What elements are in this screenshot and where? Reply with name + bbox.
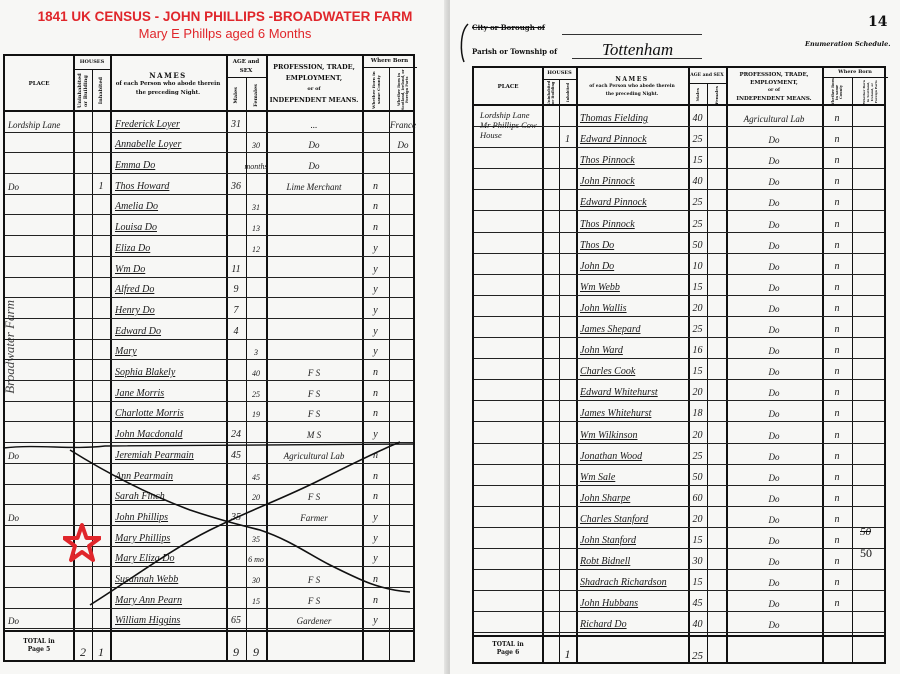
table-row: John Ward16Don	[474, 338, 884, 359]
header-same-county: Whether Born in same County	[362, 68, 389, 112]
table-row: Sophia Blakely40F Sn	[5, 360, 413, 381]
cell-female	[246, 174, 266, 194]
cell-female	[707, 528, 726, 548]
cell-female: 19	[246, 402, 266, 422]
header-inhabited: Inhabited	[92, 70, 110, 112]
header-age-sex: AGE and SEX	[688, 68, 726, 84]
cell-name: Jane Morris	[115, 381, 225, 401]
cell-profession: Do	[726, 212, 822, 232]
cell-female	[707, 254, 726, 274]
cell-house	[92, 485, 110, 505]
cell-place	[8, 278, 72, 298]
cell-born_county: n	[822, 465, 852, 485]
table-header: PLACE HOUSES Uninhabited or Building Inh…	[5, 56, 413, 112]
cell-born_county: n	[822, 233, 852, 253]
header-houses: HOUSES	[74, 56, 110, 70]
cell-female	[246, 298, 266, 318]
cell-male	[226, 153, 246, 173]
cell-profession: F S	[266, 360, 362, 380]
cell-house	[92, 195, 110, 215]
cell-profession	[266, 216, 362, 236]
cell-name: Charles Stanford	[580, 507, 688, 527]
cell-name: Edward Pinnock	[580, 127, 688, 147]
cell-male: 11	[226, 257, 246, 277]
cell-female	[246, 112, 266, 132]
header-females: Females	[246, 78, 266, 112]
cell-name: James Shepard	[580, 317, 688, 337]
cell-female	[707, 275, 726, 295]
cell-female: 30	[246, 133, 266, 153]
cell-house	[92, 153, 110, 173]
cell-born_foreign	[389, 567, 417, 587]
cell-place	[8, 485, 72, 505]
cell-born_county: n	[362, 195, 389, 215]
cell-female	[707, 190, 726, 210]
cell-female: 20	[246, 485, 266, 505]
cell-female	[246, 257, 266, 277]
cell-female: 12	[246, 236, 266, 256]
cell-house	[559, 338, 576, 358]
cell-born_county: y	[362, 423, 389, 443]
table-row: Amelia Do31n	[5, 195, 413, 216]
cell-profession: F S	[266, 588, 362, 608]
table-row: Louisa Do13n	[5, 216, 413, 237]
cell-male	[226, 402, 246, 422]
table-row: Lordship LaneFrederick Loyer31...France	[5, 112, 413, 133]
cell-male: 10	[688, 254, 707, 274]
cell-born_county: n	[822, 190, 852, 210]
cell-female	[246, 319, 266, 339]
census-table-right: PLACE HOUSES Uninhabited or Building Inh…	[472, 66, 886, 664]
cell-born_county: n	[822, 444, 852, 464]
table-row: Charlotte Morris19F Sn	[5, 402, 413, 423]
cell-born_county: n	[822, 486, 852, 506]
cell-house	[92, 257, 110, 277]
totals-label: TOTAL in Page 6	[474, 641, 542, 657]
cell-house	[559, 570, 576, 590]
table-row: James Whitehurst18Don	[474, 401, 884, 422]
cell-born_foreign	[389, 236, 417, 256]
cell-place	[8, 567, 72, 587]
header-females: Females	[707, 84, 726, 106]
cell-name: Wm Wilkinson	[580, 423, 688, 443]
cell-house	[559, 486, 576, 506]
cell-female: 15	[246, 588, 266, 608]
cell-born_foreign	[389, 216, 417, 236]
cell-name: Annabelle Loyer	[115, 133, 225, 153]
cell-place	[8, 423, 72, 443]
cell-name: Shadrach Richardson	[580, 570, 688, 590]
total-inhabited: 1	[92, 632, 110, 662]
cell-name: John Sharpe	[580, 486, 688, 506]
table-row: DoJeremiah Pearmain45Agricultural Labn	[5, 443, 413, 464]
cell-name: Edward Whitehurst	[580, 380, 688, 400]
cell-male	[226, 381, 246, 401]
cell-male: 25	[688, 212, 707, 232]
cell-female: 25	[246, 381, 266, 401]
cell-name: Frederick Loyer	[115, 112, 225, 132]
cell-profession: Do	[726, 549, 822, 569]
annotation-title: 1841 UK CENSUS - JOHN PHILLIPS -BROADWAT…	[0, 8, 450, 42]
cell-male	[226, 567, 246, 587]
table-row: Wm Webb15Don	[474, 275, 884, 296]
cell-house	[559, 296, 576, 316]
cell-born_county: y	[362, 505, 389, 525]
header-profession: PROFESSION, TRADE, EMPLOYMENT, or of IND…	[726, 68, 822, 106]
cell-male: 40	[688, 169, 707, 189]
totals-row: TOTAL in Page 6 1 25	[474, 635, 884, 664]
cell-female: 13	[246, 216, 266, 236]
header-males: Males	[688, 84, 707, 106]
cell-name: Jeremiah Pearmain	[115, 443, 225, 463]
cell-born_county: n	[822, 380, 852, 400]
cell-male: 25	[688, 190, 707, 210]
cell-born_foreign	[389, 298, 417, 318]
parish-value: Tottenham	[602, 40, 673, 60]
cell-female	[707, 444, 726, 464]
cell-female	[246, 423, 266, 443]
cell-born_county: y	[362, 609, 389, 629]
cell-name: John Do	[580, 254, 688, 274]
cell-house	[92, 360, 110, 380]
cell-male	[226, 360, 246, 380]
totals-row: TOTAL in Page 5 2 1 9 9	[5, 630, 413, 662]
cell-born_foreign	[389, 257, 417, 277]
cell-name: Alfred Do	[115, 278, 225, 298]
cell-place	[8, 195, 72, 215]
cell-female	[707, 465, 726, 485]
cell-born_foreign	[389, 526, 417, 546]
cell-female: months	[246, 153, 266, 173]
cell-born_county: n	[822, 275, 852, 295]
cell-name: Ann Pearmain	[115, 464, 225, 484]
cell-male: 25	[688, 127, 707, 147]
cell-female	[707, 507, 726, 527]
cell-born_county: y	[362, 278, 389, 298]
table-row: John Stanford15Don	[474, 528, 884, 549]
cell-name: Mary Ann Pearn	[115, 588, 225, 608]
cell-name: Jonathan Wood	[580, 444, 688, 464]
cell-name: Robt Bidnell	[580, 549, 688, 569]
cell-born_county: n	[822, 338, 852, 358]
cell-profession: Do	[726, 275, 822, 295]
cell-female	[246, 443, 266, 463]
census-table-left: PLACE HOUSES Uninhabited or Building Inh…	[3, 54, 415, 662]
cell-name: Edward Do	[115, 319, 225, 339]
cell-female	[246, 505, 266, 525]
cell-male: 7	[226, 298, 246, 318]
total-inhabited: 1	[559, 637, 576, 664]
cell-born_foreign	[389, 588, 417, 608]
cell-house	[559, 465, 576, 485]
cell-born_foreign	[389, 153, 417, 173]
table-row: Charles Stanford20Don	[474, 507, 884, 528]
header-place: PLACE	[474, 68, 542, 106]
cell-house	[92, 464, 110, 484]
cell-house	[559, 359, 576, 379]
total-males: 25	[688, 637, 707, 664]
cell-male: 25	[688, 317, 707, 337]
header-foreign-parts: Whether Born in Scotland, Ireland, or Fo…	[389, 68, 417, 112]
cell-female	[246, 278, 266, 298]
cell-place	[8, 133, 72, 153]
table-row: Richard Do40Do	[474, 612, 884, 633]
cell-profession	[266, 236, 362, 256]
cell-house	[92, 278, 110, 298]
cell-born_county: n	[822, 528, 852, 548]
cell-female	[707, 296, 726, 316]
cell-name: Mary Phillips	[115, 526, 225, 546]
cell-male: 24	[226, 423, 246, 443]
cell-house	[559, 380, 576, 400]
cell-born_foreign	[389, 423, 417, 443]
cell-born_county: n	[822, 296, 852, 316]
cell-born_county: n	[822, 148, 852, 168]
cell-born_county: y	[362, 257, 389, 277]
header-names: NAMES of each Person who abode therein t…	[576, 68, 688, 106]
cell-profession: Do	[726, 254, 822, 274]
cell-female	[707, 317, 726, 337]
cell-male: 36	[226, 174, 246, 194]
cell-male	[226, 133, 246, 153]
cell-born_foreign	[389, 174, 417, 194]
cell-born_foreign	[389, 464, 417, 484]
cell-male: 40	[688, 106, 707, 126]
table-row: Shadrach Richardson15Don	[474, 570, 884, 591]
cell-born_county: y	[362, 547, 389, 567]
cell-place	[8, 298, 72, 318]
table-row: Mary Ann Pearn15F Sn	[5, 588, 413, 609]
cell-place	[8, 153, 72, 173]
cell-born_county	[822, 612, 852, 632]
cell-born_county: n	[822, 317, 852, 337]
cell-house	[559, 190, 576, 210]
cell-house	[559, 528, 576, 548]
cell-female	[707, 359, 726, 379]
header-inhabited: Inhabited	[559, 80, 576, 106]
cell-born_county: n	[362, 588, 389, 608]
cell-born_county: n	[362, 464, 389, 484]
cell-profession: Do	[266, 133, 362, 153]
cell-profession: Do	[726, 465, 822, 485]
cell-born_county: n	[822, 423, 852, 443]
cell-name: John Ward	[580, 338, 688, 358]
table-row: Mary3y	[5, 340, 413, 361]
cell-male: 40	[688, 612, 707, 632]
cell-house	[559, 275, 576, 295]
cell-male: 20	[688, 380, 707, 400]
cell-born_county: n	[362, 443, 389, 463]
table-row: 1Edward Pinnock25Don	[474, 127, 884, 148]
cell-profession	[266, 547, 362, 567]
cell-house	[559, 444, 576, 464]
total-houses: 2	[74, 632, 92, 662]
cell-house	[92, 112, 110, 132]
margin-mark-2: 50	[860, 546, 872, 561]
cell-name: John Macdonald	[115, 423, 225, 443]
cell-female	[707, 612, 726, 632]
cell-born_foreign: Do	[389, 133, 417, 153]
cell-place	[8, 257, 72, 277]
cell-house	[559, 317, 576, 337]
cell-profession: Farmer	[266, 505, 362, 525]
cell-male	[226, 464, 246, 484]
cell-male: 15	[688, 148, 707, 168]
cell-male: 18	[688, 401, 707, 421]
cell-born_county: n	[362, 485, 389, 505]
cell-profession	[266, 464, 362, 484]
table-row: Alfred Do9y	[5, 278, 413, 299]
cell-house	[559, 254, 576, 274]
table-row: Eliza Do12y	[5, 236, 413, 257]
table-row: Robt Bidnell30Don	[474, 549, 884, 570]
cell-name: Eliza Do	[115, 236, 225, 256]
cell-profession: Do	[726, 444, 822, 464]
cell-female	[707, 591, 726, 611]
annotation-line-2: Mary E Phillps aged 6 Months	[0, 25, 450, 42]
census-page-left: 1841 UK CENSUS - JOHN PHILLIPS -BROADWAT…	[0, 0, 450, 674]
cell-profession	[266, 526, 362, 546]
cell-profession: Do	[726, 169, 822, 189]
cell-profession: Do	[726, 570, 822, 590]
table-row: John Macdonald24M Sy	[5, 423, 413, 444]
cell-name: Thos Pinnock	[580, 148, 688, 168]
table-row: Annabelle Loyer30DoDo	[5, 133, 413, 154]
cell-female: 30	[246, 567, 266, 587]
cell-born_county: n	[362, 360, 389, 380]
header-same-county: Whether Born in same County	[822, 78, 852, 106]
cell-born_county	[362, 133, 389, 153]
annotation-line-1: 1841 UK CENSUS - JOHN PHILLIPS -BROADWAT…	[0, 8, 450, 25]
cell-name: Mary	[115, 340, 225, 360]
cell-born_county: n	[822, 507, 852, 527]
cell-male: 20	[688, 296, 707, 316]
header-place: PLACE	[5, 56, 73, 112]
cell-place: Do	[8, 443, 72, 463]
cell-profession: Do	[726, 317, 822, 337]
cell-profession: Do	[726, 148, 822, 168]
cell-name: Thos Do	[580, 233, 688, 253]
cell-born_county: n	[362, 216, 389, 236]
cell-male: 45	[688, 591, 707, 611]
totals-label: TOTAL in Page 5	[5, 638, 73, 654]
cell-female	[707, 380, 726, 400]
cell-born_foreign	[389, 402, 417, 422]
cell-place	[8, 340, 72, 360]
cell-house	[92, 133, 110, 153]
cell-profession	[266, 257, 362, 277]
page-number: 14	[868, 14, 887, 30]
cell-place	[8, 360, 72, 380]
cell-male: 25	[688, 444, 707, 464]
table-row: Thos Do50Don	[474, 233, 884, 254]
cell-name: Wm Sale	[580, 465, 688, 485]
parish-label: Parish or Township of	[472, 47, 557, 56]
cell-born_county: n	[822, 570, 852, 590]
cell-male: 20	[688, 507, 707, 527]
cell-profession: Do	[726, 359, 822, 379]
cell-place	[8, 402, 72, 422]
cell-female	[707, 570, 726, 590]
table-row: Henry Do7y	[5, 298, 413, 319]
cell-name: Wm Do	[115, 257, 225, 277]
cell-born_county: n	[822, 549, 852, 569]
cell-born_foreign	[389, 505, 417, 525]
cell-house	[559, 401, 576, 421]
cell-female	[707, 549, 726, 569]
cell-house	[92, 236, 110, 256]
cell-female	[707, 127, 726, 147]
table-row: Ann Pearmain45n	[5, 464, 413, 485]
cell-house: 1	[92, 174, 110, 194]
cell-house	[92, 402, 110, 422]
cell-profession: Agricultural Lab	[726, 106, 822, 126]
header-where-born: Where Born	[362, 56, 417, 68]
cell-name: Edward Pinnock	[580, 190, 688, 210]
cell-female	[707, 106, 726, 126]
table-row: Jonathan Wood25Don	[474, 444, 884, 465]
cell-male: 9	[226, 278, 246, 298]
cell-female: 6 mo	[246, 547, 266, 567]
cell-name: Charlotte Morris	[115, 402, 225, 422]
cell-born_county: n	[822, 212, 852, 232]
cell-born_county	[362, 112, 389, 132]
cell-male: 60	[688, 486, 707, 506]
cell-house	[92, 567, 110, 587]
cell-name: Emma Do	[115, 153, 225, 173]
table-row: Wm Do11y	[5, 257, 413, 278]
cell-house	[92, 216, 110, 236]
header-age-sex: AGE and SEX	[226, 56, 266, 78]
table-row: Emma DomonthsDo	[5, 153, 413, 174]
cell-place: Lordship Lane	[8, 112, 72, 132]
cell-female: 31	[246, 195, 266, 215]
table-row: John Wallis20Don	[474, 296, 884, 317]
cell-profession: Do	[726, 528, 822, 548]
cell-house	[92, 609, 110, 629]
cell-profession: Do	[726, 507, 822, 527]
cell-female	[707, 401, 726, 421]
cell-profession: Do	[726, 423, 822, 443]
cell-female: 3	[246, 340, 266, 360]
cell-place	[8, 319, 72, 339]
cell-house	[559, 106, 576, 126]
cell-house	[92, 423, 110, 443]
cell-name: John Hubbans	[580, 591, 688, 611]
cell-profession	[266, 319, 362, 339]
table-row: Wm Wilkinson20Don	[474, 423, 884, 444]
cell-born_foreign	[389, 443, 417, 463]
cell-profession: Do	[726, 190, 822, 210]
cell-born_county: n	[822, 401, 852, 421]
table-row: John Hubbans45Don	[474, 591, 884, 612]
cell-female	[246, 609, 266, 629]
cell-profession	[266, 340, 362, 360]
table-row: James Shepard25Don	[474, 317, 884, 338]
cell-male: 15	[688, 359, 707, 379]
cell-male: 50	[688, 465, 707, 485]
cell-female	[707, 338, 726, 358]
table-row: Wm Sale50Don	[474, 465, 884, 486]
cell-female	[707, 169, 726, 189]
bracket-icon	[458, 22, 470, 64]
header-names: NAMES of each Person who abode therein t…	[110, 56, 226, 112]
cell-house	[92, 298, 110, 318]
cell-name: Thos Pinnock	[580, 212, 688, 232]
cell-born_foreign	[389, 319, 417, 339]
cell-name: William Higgins	[115, 609, 225, 629]
cell-male: 45	[226, 443, 246, 463]
